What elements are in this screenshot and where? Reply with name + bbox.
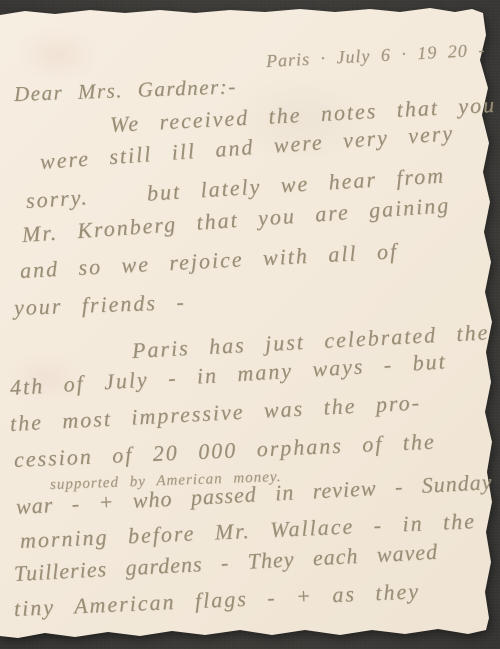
salutation: Dear Mrs. Gardner:- <box>14 76 237 105</box>
letter-line: cession of 20 000 orphans of the <box>14 431 437 471</box>
letter-text-layer: Paris · July 6 · 19 20 - Dear Mrs. Gardn… <box>0 0 500 649</box>
letter-line: and so we rejoice with all of <box>19 240 398 282</box>
letter-line: tiny American flags - + as they <box>14 580 421 620</box>
letter-line: the most impressive was the pro- <box>9 391 421 435</box>
letter-line: your friends - <box>14 291 186 319</box>
dateline: Paris · July 6 · 19 20 - <box>266 41 486 70</box>
letter-scan: Paris · July 6 · 19 20 - Dear Mrs. Gardn… <box>0 0 500 649</box>
